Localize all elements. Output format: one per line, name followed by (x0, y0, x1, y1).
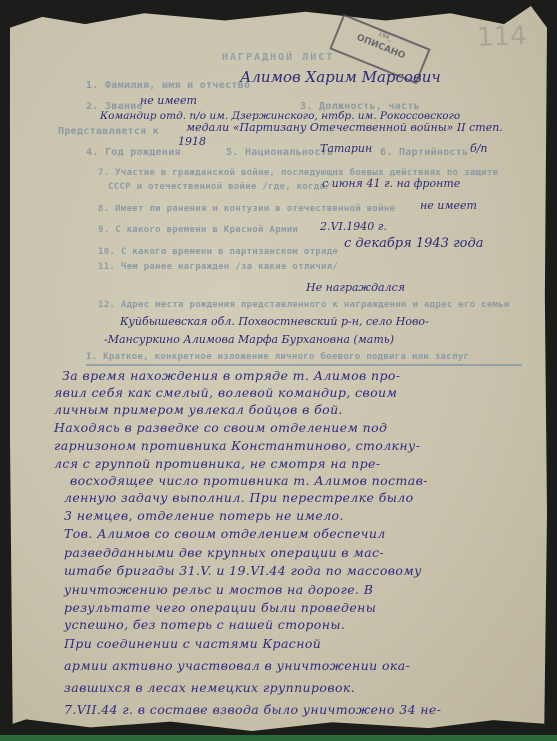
narrative-line: гарнизоном противника Константиново, сто… (54, 438, 420, 453)
narrative-line: лся с группой противника, не смотря на п… (54, 456, 380, 471)
field-9-label: 9. С какого времени в Красной Армии (98, 225, 298, 235)
narrative-line: завшихся в лесах немецких группировок. (64, 680, 355, 695)
narrative-line: Тов. Алимов со своим отделением обеспечи… (64, 526, 386, 541)
narrative-line: армии активно участвовал в уничтожении о… (64, 658, 410, 673)
narrative-line: восходящее число противника т. Алимов по… (70, 473, 428, 488)
award-label: Представляется к (58, 126, 159, 137)
field-4-value: 1918 (178, 135, 206, 148)
narrative-line: разведданными две крупных операции в мас… (64, 545, 384, 560)
archive-number: 114 (476, 21, 527, 53)
field-11-value: Не награждался (306, 281, 405, 294)
field-8-label: 8. Имеет ли ранения и контузии в отечест… (98, 204, 395, 214)
field-11-label: 11. Чем ранее награжден /за какие отличи… (98, 262, 338, 272)
field-7-value: с июня 41 г. на фронте (322, 177, 460, 190)
field-12-value-line1: Куйбышевская обл. Похвостневский р-н, се… (120, 315, 429, 328)
field-6-label: 6. Партийность (380, 147, 469, 158)
narrative-line: штабе бригады 31.V. и 19.VI.44 года по м… (64, 563, 422, 578)
field-10-label: 10. С какого времени в партизанском отря… (98, 247, 338, 257)
section-divider (86, 364, 522, 366)
field-5-value: Татарин (320, 142, 372, 155)
narrative-line: При соединении с частями Красной (64, 636, 321, 651)
field-1-label: 1. Фамилия, имя и отчество (86, 80, 250, 91)
field-6-value: б/п (470, 142, 488, 155)
field-5-label: 5. Национальность (226, 147, 333, 158)
field-9-value: 2.VI.1940 г. (320, 220, 387, 233)
field-8-value: не имеет (420, 199, 477, 212)
narrative-line: результате чего операции были проведены (64, 600, 376, 615)
narrative-line: 3 немцев, отделение потерь не имело. (64, 508, 344, 523)
narrative-line: успешно, без потерь с нашей стороны. (64, 617, 345, 632)
document-title: НАГРАДНОЙ ЛИСТ (222, 52, 334, 63)
narrative-line: За время нахождения в отряде т. Алимов п… (62, 368, 400, 383)
award-value: медали «Партизану Отечественной войны» I… (186, 121, 503, 134)
bottom-strip (0, 735, 557, 741)
field-7-label-cont: СССР и отечественной войне /где, когда/ (108, 182, 331, 192)
narrative-line: ленную задачу выполнил. При перестрелке … (64, 490, 414, 505)
narrative-line: 7.VII.44 г. в составе взвода было уничто… (64, 702, 441, 717)
narrative-line: Находясь в разведке со своим отделением … (54, 420, 387, 435)
narrative-line: уничтожению рельс и мостов на дороге. В (64, 582, 373, 597)
field-12-value-line2: -Мансуркино Алимова Марфа Бурхановна (ма… (104, 333, 394, 346)
narrative-line: явил себя как смелый, волевой командир, … (54, 385, 397, 400)
field-12-label: 12. Адрес места рождения представленного… (98, 300, 510, 310)
field-4-label: 4. Год рождения (86, 147, 181, 158)
field-1-value: Алимов Харим Марсович (240, 68, 441, 86)
section-header: I. Краткое, конкретное изложение личного… (86, 352, 469, 362)
field-2-value: не имеет (140, 94, 197, 107)
field-10-value: с декабря 1943 года (344, 236, 483, 251)
narrative-line: личным примером увлекал бойцов в бой. (54, 402, 343, 417)
